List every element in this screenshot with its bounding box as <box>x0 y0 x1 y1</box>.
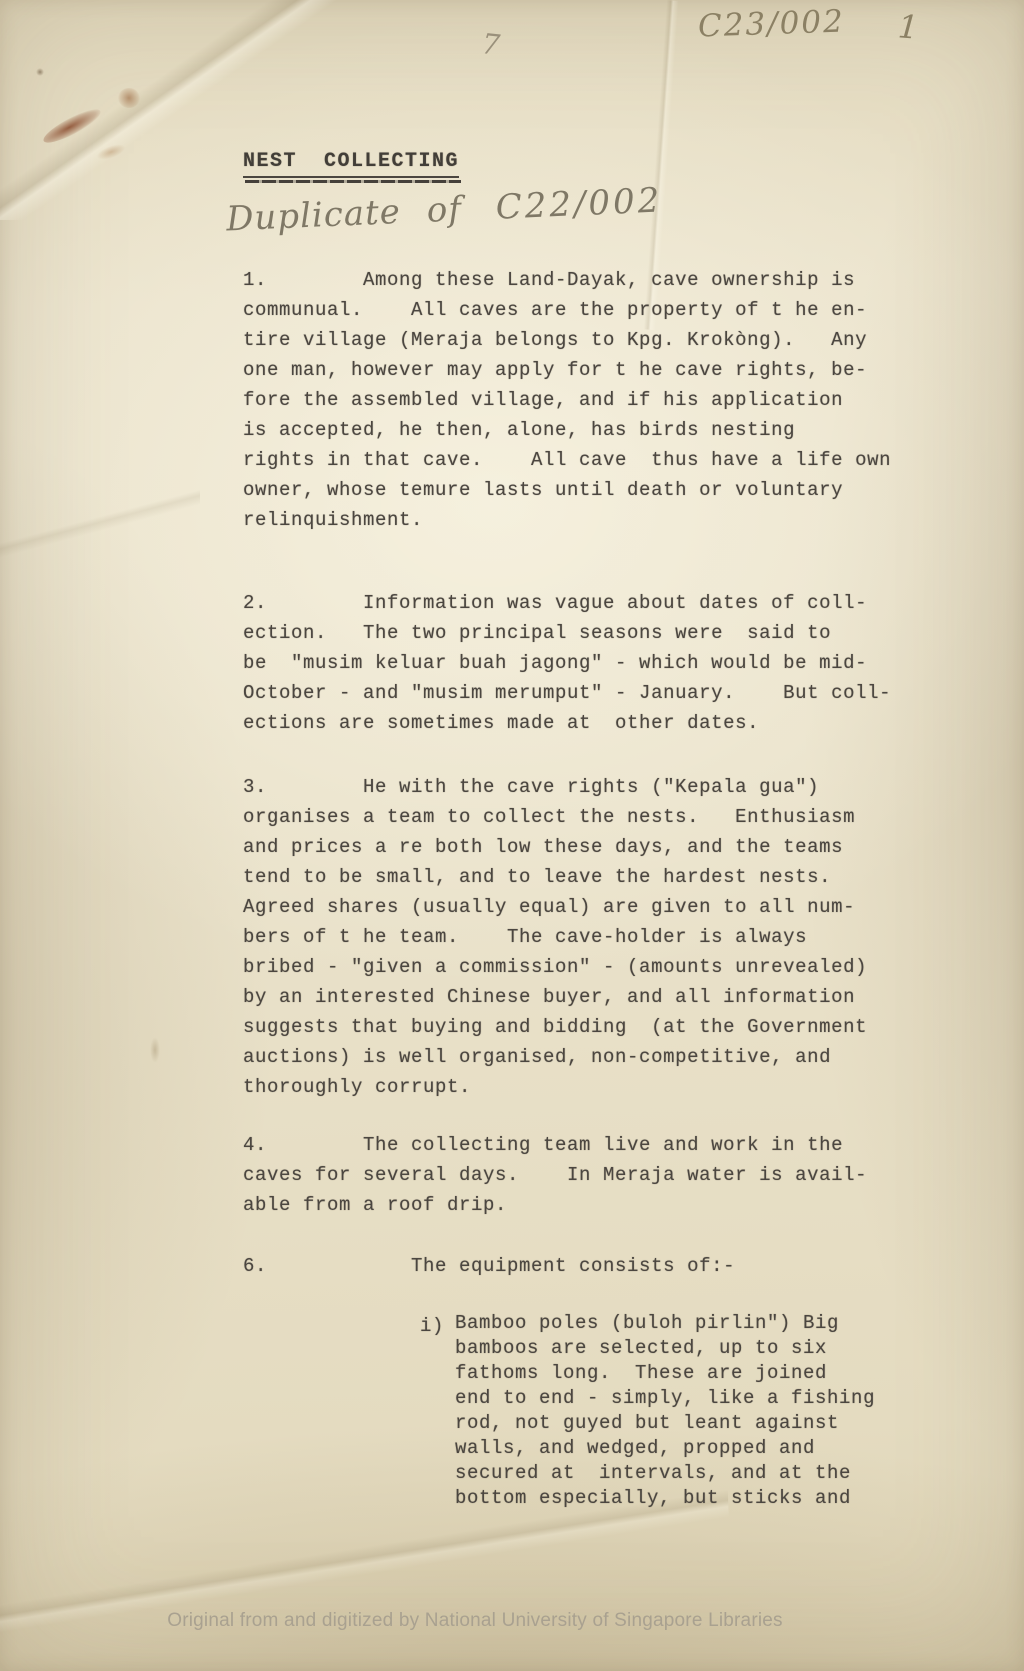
paper-stain <box>36 68 44 76</box>
paper-stain <box>118 88 140 108</box>
paragraph-4: 4. The collecting team live and work in … <box>243 1130 867 1220</box>
duplicate-reference: C22/002 <box>495 180 663 227</box>
handwritten-document-code: C23/002 <box>697 3 845 44</box>
duplicate-word: Duplicate <box>225 192 401 240</box>
paper-crease <box>0 480 200 570</box>
paper-stain <box>150 1037 160 1063</box>
equipment-item-text: Bamboo poles (buloh pirlin") Big bamboos… <box>455 1311 875 1511</box>
paragraph-3: 3. He with the cave rights ("Kepala gua"… <box>243 772 867 1102</box>
equipment-item-marker: i) <box>420 1311 444 1341</box>
handwritten-mark-7: 7 <box>480 27 501 62</box>
duplicate-annotation: DuplicateofC22/002 <box>225 180 663 239</box>
paragraph-6: 6. The equipment consists of:- <box>243 1251 735 1281</box>
paragraph-2: 2. Information was vague about dates of … <box>243 588 891 738</box>
scanned-document-page: 7 C23/002 1 NEST COLLECTING DuplicateofC… <box>0 0 1024 1671</box>
of-word: of <box>426 189 463 230</box>
paper-crease <box>0 0 360 220</box>
paper-stain <box>40 104 104 148</box>
footer-credit: Original from and digitized by National … <box>0 1610 950 1632</box>
paper-stain <box>95 141 127 163</box>
section-heading: NEST COLLECTING <box>243 150 459 178</box>
paragraph-1: 1. Among these Land-Dayak, cave ownershi… <box>243 265 891 535</box>
section-heading-text: NEST COLLECTING <box>243 150 459 178</box>
handwritten-page-number: 1 <box>897 7 920 46</box>
